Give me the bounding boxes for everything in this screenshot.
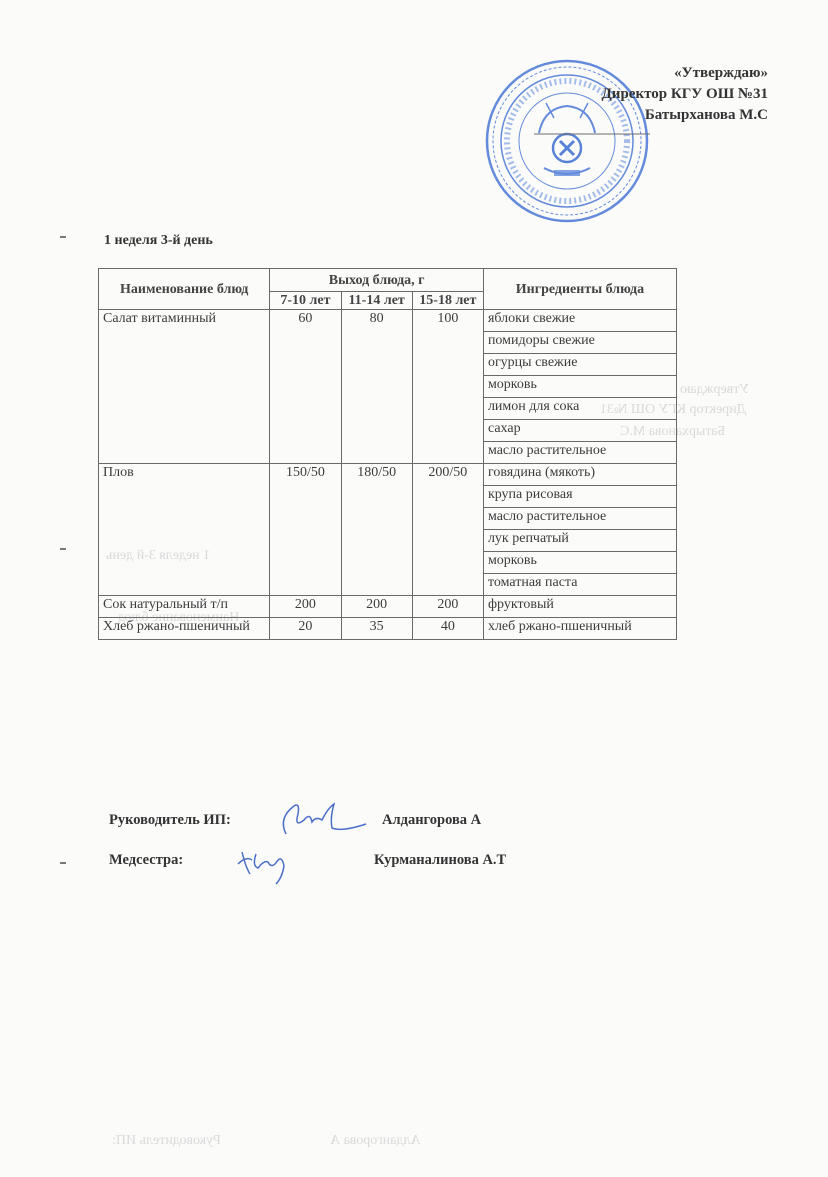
ingredient: помидоры свежие <box>483 332 676 354</box>
dish-name: Салат витаминный <box>99 310 270 464</box>
ingredient: морковь <box>483 552 676 574</box>
ingredient: говядина (мякоть) <box>483 464 676 486</box>
ingredient: хлеб ржано-пшеничный <box>483 618 676 640</box>
signature-role-manager: Руководитель ИП: <box>109 812 231 829</box>
ingredient: морковь <box>483 376 676 398</box>
ingredient: крупа рисовая <box>483 486 676 508</box>
dish-output: 200 <box>412 596 483 618</box>
table-row: Хлеб ржано-пшеничный203540хлеб ржано-пше… <box>99 618 677 640</box>
ingredient: лук репчатый <box>483 530 676 552</box>
dish-output: 200/50 <box>412 464 483 596</box>
bleed-through-text: Руководитель ИП: <box>112 1133 221 1149</box>
approval-block: «Утверждаю» Директор КГУ ОШ №31 Батырхан… <box>601 63 768 126</box>
signature-name-manager: Алдангорова А <box>382 812 481 829</box>
signature-role-nurse: Медсестра: <box>109 852 183 869</box>
dish-output: 20 <box>270 618 341 640</box>
ingredient: фруктовый <box>483 596 676 618</box>
dish-output: 150/50 <box>270 464 341 596</box>
approval-name: Батырханова М.С <box>601 105 768 126</box>
table-row: Плов150/50180/50200/50говядина (мякоть) <box>99 464 677 486</box>
dish-output: 200 <box>341 596 412 618</box>
bleed-through-text: Алдангорова А <box>330 1133 421 1149</box>
menu-table: Наименование блюд Выход блюда, г Ингреди… <box>98 268 677 640</box>
dish-output: 180/50 <box>341 464 412 596</box>
ingredient: масло растительное <box>483 508 676 530</box>
dish-output: 60 <box>270 310 341 464</box>
header-output: Выход блюда, г <box>270 269 484 292</box>
ingredient: томатная паста <box>483 574 676 596</box>
ingredient: яблоки свежие <box>483 310 676 332</box>
dish-output: 200 <box>270 596 341 618</box>
margin-mark <box>60 862 66 864</box>
dish-name: Плов <box>99 464 270 596</box>
approval-position: Директор КГУ ОШ №31 <box>601 84 768 105</box>
dish-output: 40 <box>412 618 483 640</box>
ingredient: сахар <box>483 420 676 442</box>
header-age-15-18: 15-18 лет <box>412 292 483 310</box>
handwritten-signature-icon <box>272 798 372 840</box>
menu-table-body: Салат витаминный6080100яблоки свежиепоми… <box>99 310 677 640</box>
header-age-11-14: 11-14 лет <box>341 292 412 310</box>
table-row: Сок натуральный т/п200200200фруктовый <box>99 596 677 618</box>
ingredient: огурцы свежие <box>483 354 676 376</box>
handwritten-signature-icon <box>232 838 302 888</box>
dish-name: Хлеб ржано-пшеничный <box>99 618 270 640</box>
margin-mark <box>60 548 66 550</box>
dish-output: 80 <box>341 310 412 464</box>
signature-name-nurse: Курманалинова А.Т <box>374 852 506 869</box>
header-ingredients: Ингредиенты блюда <box>483 269 676 310</box>
header-dish-name: Наименование блюд <box>99 269 270 310</box>
header-age-7-10: 7-10 лет <box>270 292 341 310</box>
day-title: 1 неделя 3-й день <box>104 233 213 249</box>
ingredient: лимон для сока <box>483 398 676 420</box>
margin-mark <box>60 236 66 238</box>
dish-output: 100 <box>412 310 483 464</box>
approval-title: «Утверждаю» <box>601 63 768 84</box>
dish-name: Сок натуральный т/п <box>99 596 270 618</box>
table-row: Салат витаминный6080100яблоки свежие <box>99 310 677 332</box>
dish-output: 35 <box>341 618 412 640</box>
ingredient: масло растительное <box>483 442 676 464</box>
bleed-through-text: Утверждаю <box>680 382 749 398</box>
